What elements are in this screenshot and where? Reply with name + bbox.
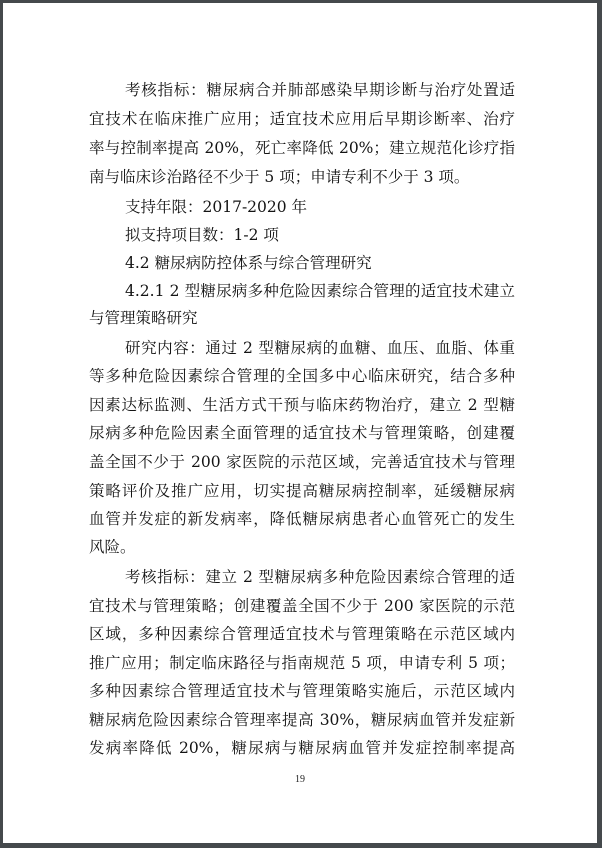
text-line: 因素达标监测、生活方式干预与临床药物治疗，建立 2 型糖: [89, 394, 515, 416]
text-line: 宜技术在临床推广应用；适宜技术应用后早期诊断率、治疗: [89, 108, 515, 130]
subsection-heading-4-2-1: 4.2.1 2 型糖尿病多种危险因素综合管理的适宜技术建立: [125, 280, 515, 302]
page-number: 19: [3, 774, 597, 785]
text-line: 南与临床诊治路径不少于 5 项；申请专利不少于 3 项。: [89, 166, 515, 188]
text-line: 宜技术与管理策略；创建覆盖全国不少于 200 家医院的示范: [89, 595, 515, 617]
text-line: 多种因素综合管理适宜技术与管理策略实施后，示范区域内: [89, 680, 515, 702]
text-line: 盖全国不少于 200 家医院的示范区域，完善适宜技术与管理: [89, 451, 515, 473]
text-line: 考核指标：糖尿病合并肺部感染早期诊断与治疗处置适: [125, 79, 515, 101]
text-line: 策略评价及推广应用，切实提高糖尿病控制率，延缓糖尿病: [89, 480, 515, 502]
text-line: 尿病多种危险因素全面管理的适宜技术与管理策略，创建覆: [89, 422, 515, 444]
document-page: 考核指标：糖尿病合并肺部感染早期诊断与治疗处置适 宜技术在临床推广应用；适宜技术…: [3, 3, 597, 843]
text-line: 区域，多种因素综合管理适宜技术与管理策略在示范区域内: [89, 623, 515, 645]
text-line: 考核指标：建立 2 型糖尿病多种危险因素综合管理的适: [125, 566, 515, 588]
project-count: 拟支持项目数：1-2 项: [125, 224, 515, 246]
text-line: 发病率降低 20%，糖尿病与糖尿病血管并发症控制率提高: [89, 737, 515, 759]
text-line: 研究内容：通过 2 型糖尿病的血糖、血压、血脂、体重: [125, 337, 515, 359]
text-line: 血管并发症的新发病率，降低糖尿病患者心血管死亡的发生: [89, 508, 515, 530]
text-line: 糖尿病危险因素综合管理率提高 30%，糖尿病血管并发症新: [89, 709, 515, 731]
text-line: 风险。: [89, 536, 515, 558]
support-period: 支持年限：2017-2020 年: [125, 196, 515, 218]
text-line: 等多种危险因素综合管理的全国多中心临床研究，结合多种: [89, 365, 515, 387]
subsection-heading-4-2-1-cont: 与管理策略研究: [89, 307, 515, 329]
text-line: 推广应用；制定临床路径与指南规范 5 项，申请专利 5 项；: [89, 652, 515, 674]
text-line: 率与控制率提高 20%，死亡率降低 20%；建立规范化诊疗指: [89, 137, 515, 159]
section-heading-4-2: 4.2 糖尿病防控体系与综合管理研究: [125, 252, 515, 274]
